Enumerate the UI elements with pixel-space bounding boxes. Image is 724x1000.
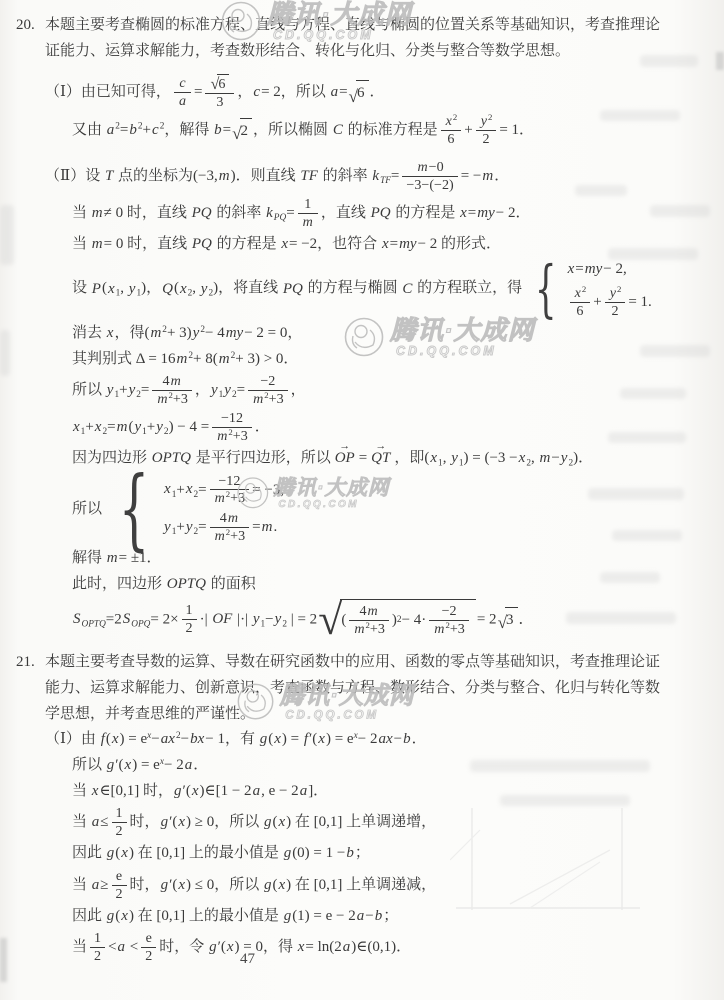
- solution-line: 学思想，并考查思维的严谨性。: [0, 703, 724, 727]
- solution-line: 当 a≤12时，g′(x) ≥ 0，所以 g(x) 在 [0,1] 上单调递增，: [0, 805, 724, 840]
- problem-number: 21.: [16, 651, 35, 675]
- solution-line: 能力、运算求解能力、创新意识，考查函数与方程、数形结合、分类与整合、化归与转化等…: [0, 677, 724, 701]
- solution-line: （Ⅰ）由已知可得，ca=√63，c= 2，所以 a=√6．: [0, 74, 724, 111]
- solution-line: 当 a≥e2时，g′(x) ≤ 0，所以 g(x) 在 [0,1] 上单调递减，: [0, 868, 724, 903]
- solution-line: （Ⅰ）由 f(x) = ex−ax2−bx− 1，有 g(x) = f′(x) …: [0, 728, 724, 752]
- problem-number: 20.: [16, 14, 35, 38]
- problem-item-line: 21.本题主要考查导数的运算、导数在研究函数中的应用、函数的零点等基础知识，考查…: [0, 651, 724, 675]
- solution-line: 因为四边形 OPTQ 是平行四边形，所以OP=QT，即(x1, y1) = (−…: [0, 447, 724, 471]
- scanned-exam-solution-page: 腾讯·大成网 CD.QQ.COM 腾讯·大成网 CD.QQ.COM 腾讯·大成网…: [0, 0, 724, 1000]
- solution-line: 因此 g(x) 在 [0,1] 上的最小值是 g(0) = 1 −b；: [0, 842, 724, 866]
- solution-line: 消去 x，得(m2+ 3)y2− 4my− 2 = 0，: [0, 322, 724, 346]
- solution-line: 因此 g(x) 在 [0,1] 上的最小值是 g(1) = e − 2a−b；: [0, 905, 724, 929]
- solution-line: x1+x2=m(y1+y2) − 4 =−12m2+3．: [0, 410, 724, 445]
- document-content: 20.本题主要考查椭圆的标准方程、直线与方程、直线与椭圆的位置关系等基础知识，考…: [0, 12, 724, 967]
- solution-line: 所以 g′(x) = ex− 2a．: [0, 754, 724, 778]
- page-number: 47: [240, 951, 255, 968]
- solution-line: 证能力、运算求解能力，考查数形结合、转化与化归、分类与整合等数学思想。: [0, 40, 724, 64]
- solution-line: 此时，四边形 OPTQ 的面积: [0, 573, 724, 597]
- solution-line: 当 m≠ 0 时，直线 PQ 的斜率 kPQ=1m，直线 PQ 的方程是 x=m…: [0, 196, 724, 231]
- solution-line: SOPTQ=2SOPQ= 2×12·| OF |·| y1−y2 | = 2√(…: [0, 599, 724, 641]
- solution-line: 当 x∈[0,1] 时，g′(x)∈[1 − 2a, e − 2a]．: [0, 780, 724, 804]
- solution-line: 所以 y1+y2=4mm2+3，y1y2=−2m2+3，: [0, 373, 724, 408]
- solution-line: 所以{x1+x2=−12m2+3= −3,y1+y2=4mm2+3=m.: [0, 473, 724, 546]
- solution-line: 其判别式 Δ = 16m2+ 8(m2+ 3) > 0．: [0, 348, 724, 372]
- solution-line: 又由 a2=b2+c2，解得 b=√2，所以椭圆 C 的标准方程是x26+y22…: [0, 113, 724, 148]
- problem-item-line: 20.本题主要考查椭圆的标准方程、直线与方程、直线与椭圆的位置关系等基础知识，考…: [0, 14, 724, 38]
- solution-line: 解得 m= ±1．: [0, 547, 724, 571]
- solution-line: （Ⅱ）设 T 点的坐标为(−3,m)．则直线 TF 的斜率 kTF=m−0−3−…: [0, 159, 724, 194]
- solution-line: 设 P(x1, y1)，Q(x2, y2)，将直线 PQ 的方程与椭圆 C 的方…: [0, 258, 724, 320]
- solution-line: 当 m= 0 时，直线 PQ 的方程是 x= −2，也符合 x=my− 2 的形…: [0, 233, 724, 257]
- solution-line: 当12<a <e2时，令 g′(x) = 0，得 x= ln(2a)∈(0,1)…: [0, 930, 724, 965]
